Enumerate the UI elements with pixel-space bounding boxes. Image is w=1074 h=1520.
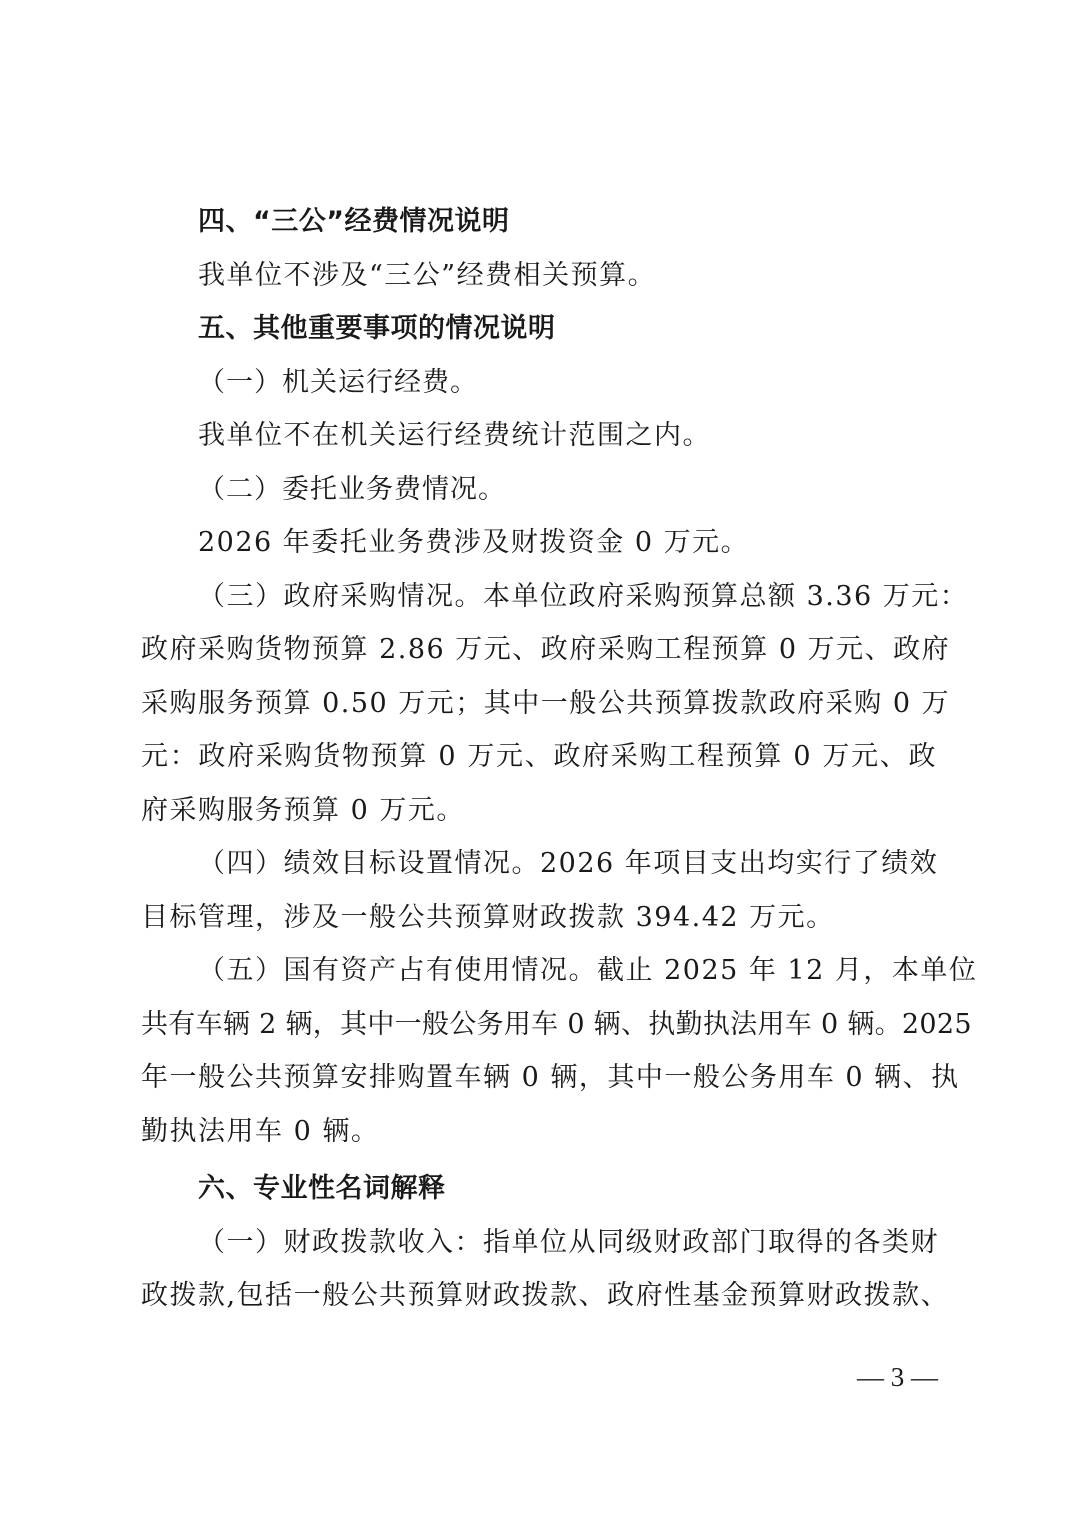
paragraph-line: 年一般公共预算安排购置车辆 0 辆，其中一般公务用车 0 辆、执	[141, 1060, 937, 1096]
paragraph-line: （一）财政拨款收入：指单位从同级财政部门取得的各类财	[198, 1225, 937, 1261]
section-heading-four: 四、“三公”经费情况说明	[198, 204, 937, 240]
paragraph-line: 政府采购货物预算 2.86 万元、政府采购工程预算 0 万元、政府	[141, 632, 937, 668]
paragraph-line: （四）绩效目标设置情况。2026 年项目支出均实行了绩效	[198, 846, 937, 882]
paragraph-line: 府采购服务预算 0 万元。	[141, 793, 937, 829]
paragraph-line: 目标管理，涉及一般公共预算财政拨款 394.42 万元。	[141, 900, 937, 936]
document-page: 四、“三公”经费情况说明 我单位不涉及“三公”经费相关预算。 五、其他重要事项的…	[0, 0, 1074, 1520]
paragraph-line: 政拨款,包括一般公共预算财政拨款、政府性基金预算财政拨款、	[141, 1278, 937, 1314]
paragraph-line: 勤执法用车 0 辆。	[141, 1114, 937, 1150]
page-number: — 3 —	[857, 1362, 938, 1393]
subsection-heading: （二）委托业务费情况。	[198, 472, 937, 508]
subsection-heading: （一）机关运行经费。	[198, 365, 937, 401]
paragraph-line: 共有车辆 2 辆，其中一般公务用车 0 辆、执勤执法用车 0 辆。2025	[141, 1007, 937, 1043]
section-heading-five: 五、其他重要事项的情况说明	[198, 311, 937, 347]
paragraph-line: （三）政府采购情况。本单位政府采购预算总额 3.36 万元：	[198, 579, 937, 615]
paragraph-line: （五）国有资产占有使用情况。截止 2025 年 12 月，本单位	[198, 953, 937, 989]
section-heading-six: 六、专业性名词解释	[198, 1171, 937, 1207]
paragraph: 2026 年委托业务费涉及财拨资金 0 万元。	[198, 525, 937, 561]
paragraph-line: 元：政府采购货物预算 0 万元、政府采购工程预算 0 万元、政	[141, 739, 937, 775]
paragraph: 我单位不涉及“三公”经费相关预算。	[198, 258, 937, 294]
paragraph-line: 采购服务预算 0.50 万元；其中一般公共预算拨款政府采购 0 万	[141, 686, 937, 722]
paragraph: 我单位不在机关运行经费统计范围之内。	[198, 418, 937, 454]
